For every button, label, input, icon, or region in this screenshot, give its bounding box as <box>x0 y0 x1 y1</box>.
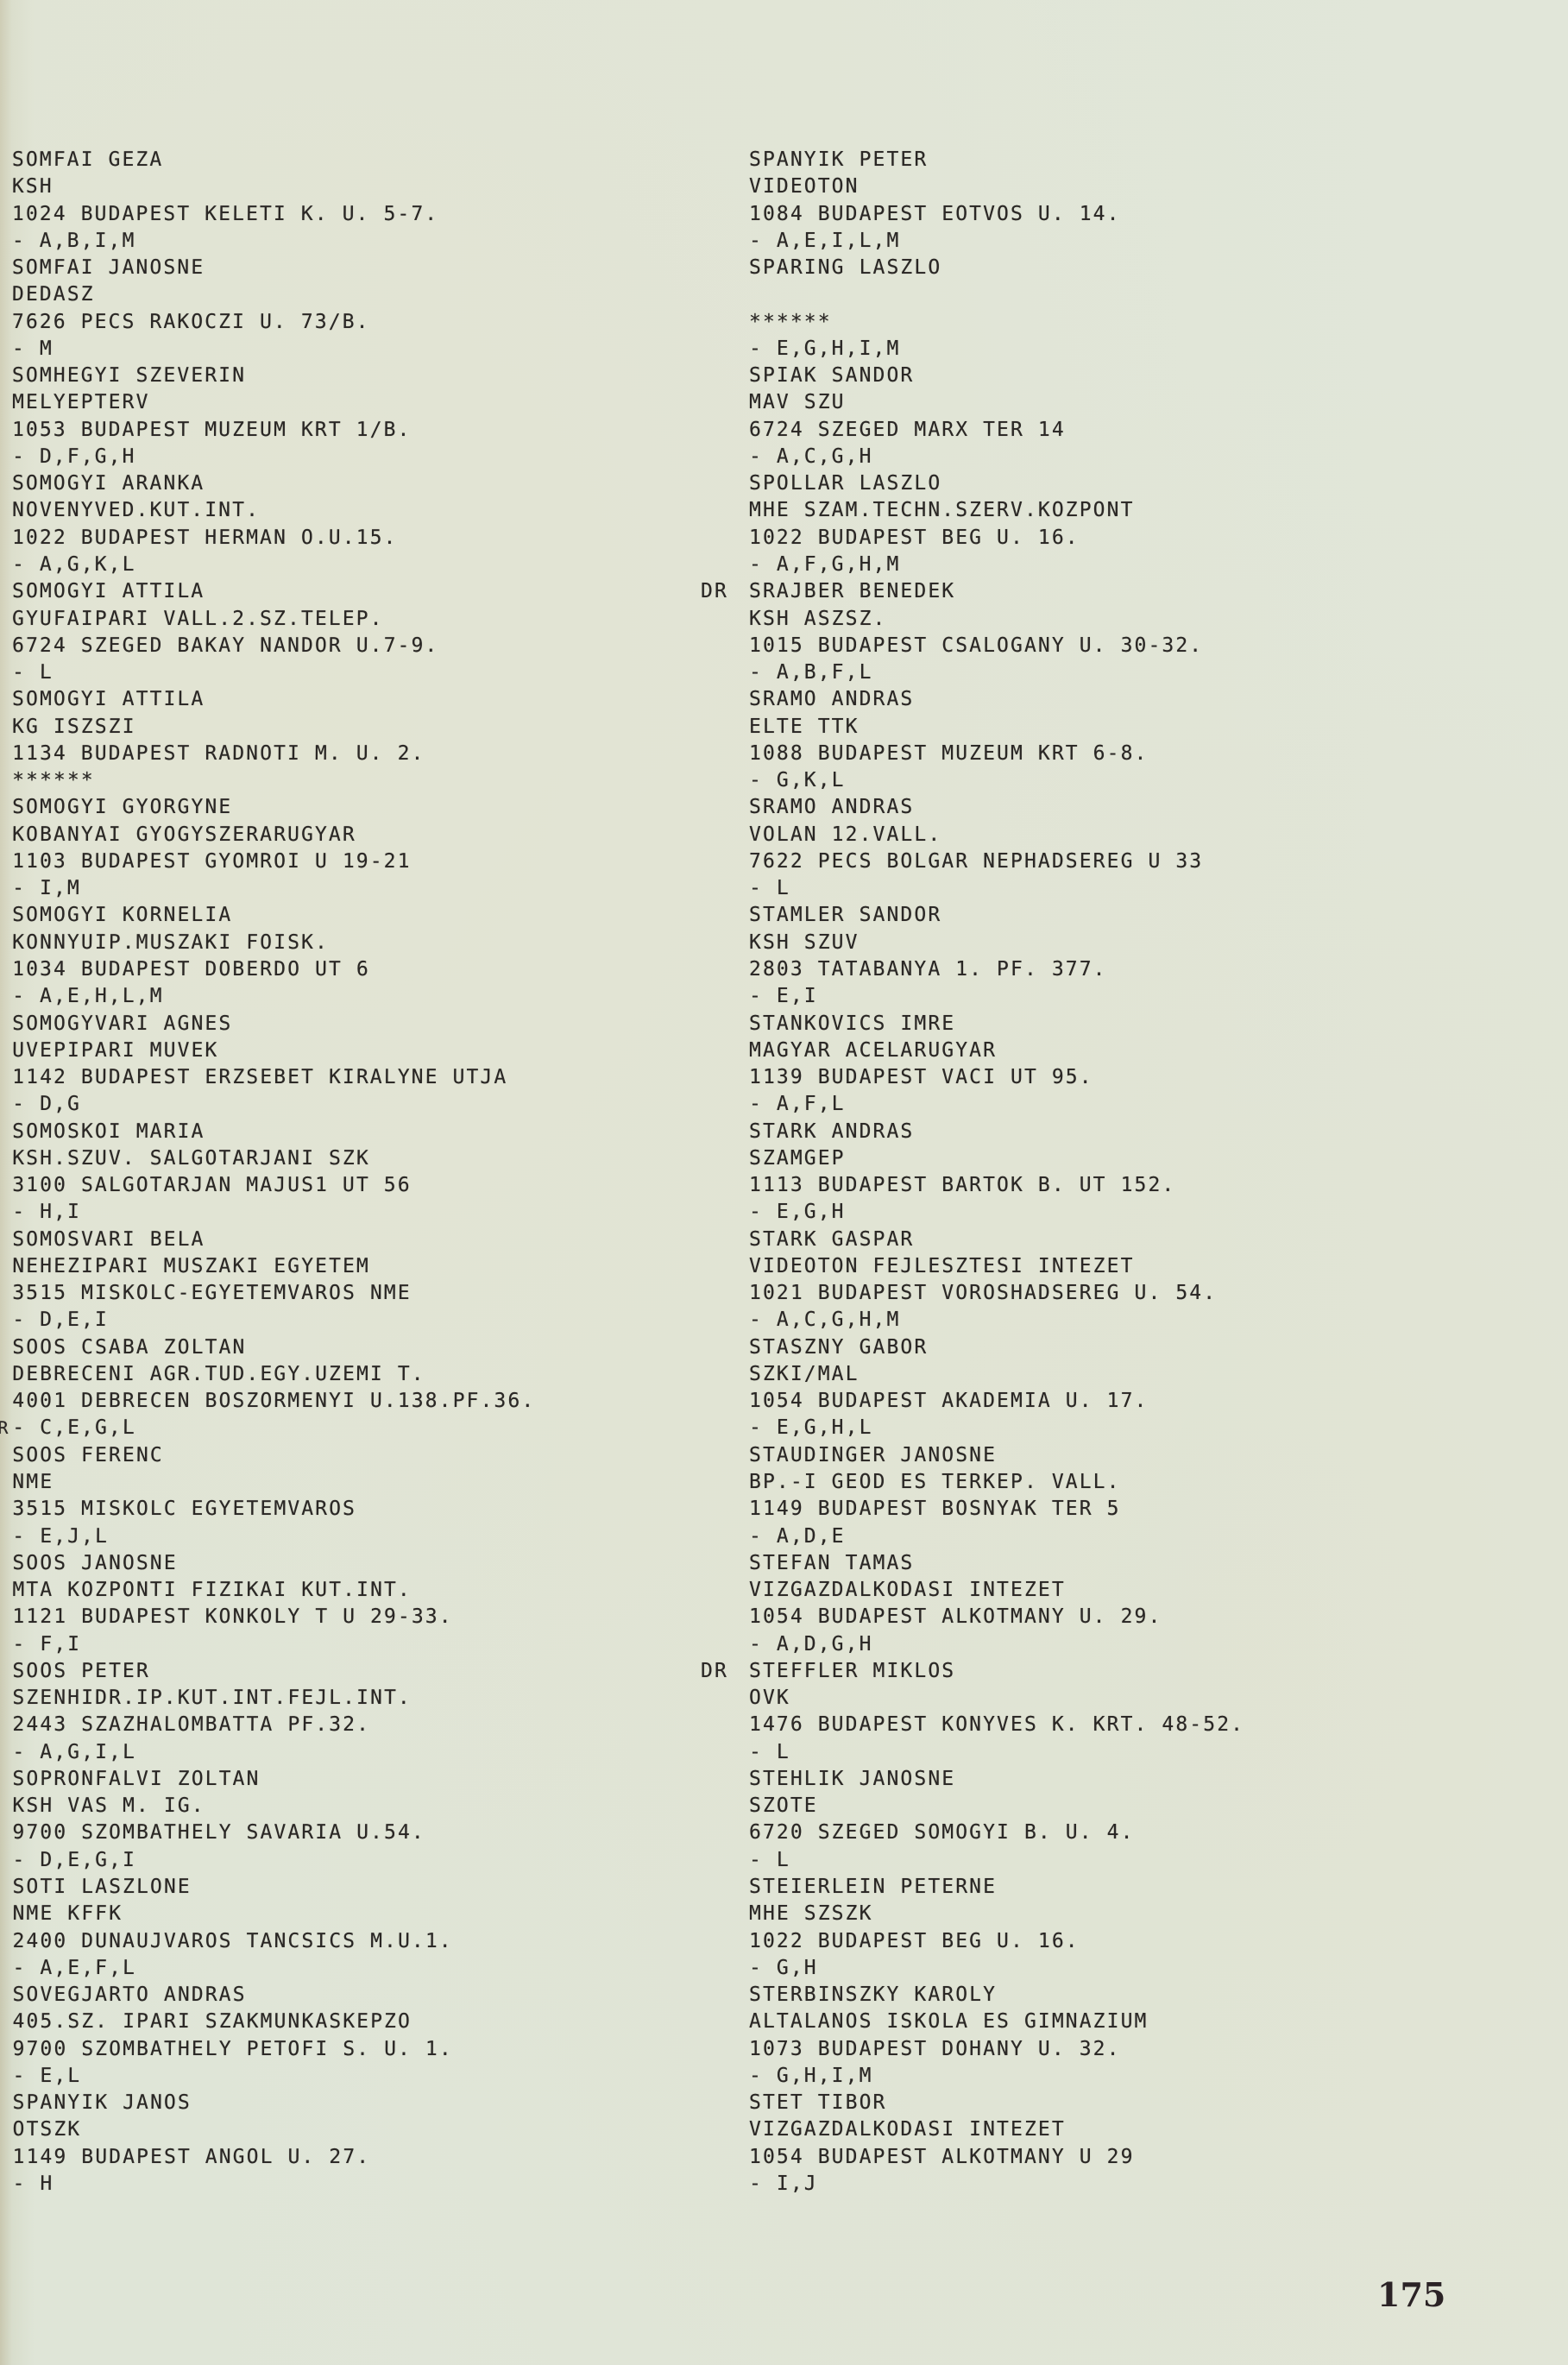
line-text: ****** <box>12 769 95 791</box>
line-text: 1149 BUDAPEST BOSNYAK TER 5 <box>749 1498 1121 1520</box>
line-text: - I,M <box>12 877 81 899</box>
line-text: STET TIBOR <box>749 2091 886 2114</box>
line-text: VIDEOTON <box>749 175 860 198</box>
directory-line: 1476 BUDAPEST KONYVES K. KRT. 48-52. <box>749 1712 1526 1738</box>
directory-line: STANKOVICS IMRE <box>749 1011 1526 1037</box>
directory-line: 1054 BUDAPEST ALKOTMANY U. 29. <box>749 1604 1526 1630</box>
directory-line: - A,G,K,L <box>12 552 685 578</box>
directory-line: SOMOGYI ATTILA <box>12 686 685 713</box>
directory-line: - D,E,I <box>12 1307 685 1334</box>
directory-line: - A,B,I,M <box>12 228 685 255</box>
line-text: 1084 BUDAPEST EOTVOS U. 14. <box>749 203 1121 225</box>
directory-line: MELYEPTERV <box>12 389 685 416</box>
line-text: MHE SZAM.TECHN.SZERV.KOZPONT <box>749 499 1135 521</box>
directory-line: KOBANYAI GYOGYSZERARUGYAR <box>12 822 685 848</box>
line-text: SPOLLAR LASZLO <box>749 472 941 495</box>
directory-line: SZKI/MAL <box>749 1361 1526 1388</box>
line-text: 2443 SZAZHALOMBATTA PF.32. <box>12 1713 370 1736</box>
directory-line: STERBINSZKY KAROLY <box>749 1982 1526 2009</box>
directory-line: 1142 BUDAPEST ERZSEBET KIRALYNE UTJA <box>12 1064 685 1091</box>
line-text: - A,E,I,L,M <box>749 230 900 252</box>
line-text: 1022 BUDAPEST BEG U. 16. <box>749 527 1080 549</box>
directory-line: 1149 BUDAPEST BOSNYAK TER 5 <box>749 1496 1526 1523</box>
line-text: 1015 BUDAPEST CSALOGANY U. 30-32. <box>749 634 1203 657</box>
directory-line: - A,E,I,L,M <box>749 228 1526 255</box>
line-text: - A,C,G,H,M <box>749 1309 900 1331</box>
line-text: UVEPIPARI MUVEK <box>12 1039 218 1062</box>
directory-line: SRAMO ANDRAS <box>749 794 1526 821</box>
line-text: 4001 DEBRECEN BOSZORMENYI U.138.PF.36. <box>12 1390 535 1412</box>
line-text: - H <box>13 2173 54 2195</box>
line-text: STARK ANDRAS <box>749 1120 914 1143</box>
directory-line: DRSTEFFLER MIKLOS <box>749 1658 1526 1685</box>
line-text: SOOS CSABA ZOLTAN <box>12 1336 246 1359</box>
line-text: VIZGAZDALKODASI INTEZET <box>749 1579 1066 1601</box>
line-text: SZKI/MAL <box>749 1363 860 1385</box>
line-text: BP.-I GEOD ES TERKEP. VALL. <box>749 1471 1121 1493</box>
line-text: MAGYAR ACELARUGYAR <box>749 1039 997 1062</box>
directory-line: DEDASZ <box>12 281 685 308</box>
line-text: 6724 SZEGED BAKAY NANDOR U.7-9. <box>12 634 439 657</box>
directory-line: 1139 BUDAPEST VACI UT 95. <box>749 1064 1526 1091</box>
directory-line: - I,M <box>12 875 685 902</box>
line-text: 1024 BUDAPEST KELETI K. U. 5-7. <box>12 203 439 225</box>
directory-line: - A,E,F,L <box>12 1955 685 1982</box>
directory-line: SOOS PETER <box>12 1658 685 1685</box>
line-text: SPANYIK PETER <box>749 148 928 171</box>
line-text: - A,E,H,L,M <box>12 985 164 1007</box>
line-text: KG ISZSZI <box>12 716 136 738</box>
directory-line: MAV SZU <box>749 389 1526 416</box>
directory-line: 1088 BUDAPEST MUZEUM KRT 6-8. <box>749 741 1526 767</box>
line-text: SOMOGYI ATTILA <box>12 688 205 710</box>
line-text: 7622 PECS BOLGAR NEPHADSEREG U 33 <box>749 850 1203 873</box>
line-text: 1022 BUDAPEST BEG U. 16. <box>749 1930 1080 1952</box>
directory-line: 1134 BUDAPEST RADNOTI M. U. 2. <box>12 741 685 767</box>
line-text: - D,F,G,H <box>12 445 136 468</box>
line-text: - A,F,G,H,M <box>749 553 900 576</box>
directory-line: - F,I <box>12 1631 685 1658</box>
line-text: ****** <box>749 311 832 333</box>
line-text: 1149 BUDAPEST ANGOL U. 27. <box>12 2146 370 2168</box>
directory-line: 3515 MISKOLC-EGYETEMVAROS NME <box>12 1280 685 1307</box>
line-text: - D,E,I <box>12 1309 109 1331</box>
line-text: 1134 BUDAPEST RADNOTI M. U. 2. <box>12 742 425 765</box>
title-prefix: DR <box>701 578 728 605</box>
directory-line: SOMOSKOI MARIA <box>12 1119 685 1145</box>
line-text: - E,G,H,I,M <box>749 337 900 360</box>
line-text: KSH.SZUV. SALGOTARJANI SZK <box>12 1147 370 1170</box>
directory-line: STARK ANDRAS <box>749 1119 1526 1145</box>
directory-line: SPANYIK PETER <box>749 147 1526 173</box>
line-text: STAUDINGER JANOSNE <box>749 1444 997 1466</box>
directory-line: BP.-I GEOD ES TERKEP. VALL. <box>749 1469 1526 1496</box>
directory-line: - I,J <box>749 2171 1526 2198</box>
line-text: KOBANYAI GYOGYSZERARUGYAR <box>12 823 356 846</box>
directory-line: - D,F,G,H <box>12 444 685 470</box>
line-text: - I,J <box>749 2173 818 2195</box>
directory-line: SOTI LASZLONE <box>12 1874 685 1901</box>
line-text: 7626 PECS RAKOCZI U. 73/B. <box>12 311 370 333</box>
directory-line: NOVENYVED.KUT.INT. <box>12 497 685 524</box>
directory-line: MHE SZSZK <box>749 1901 1526 1927</box>
line-text: - D,E,G,I <box>12 1849 136 1871</box>
line-text: 1054 BUDAPEST ALKOTMANY U 29 <box>749 2146 1135 2168</box>
line-text: MHE SZSZK <box>749 1902 873 1925</box>
line-text: STERBINSZKY KAROLY <box>749 1983 997 2006</box>
line-text: SOMOGYI ARANKA <box>12 472 205 495</box>
directory-line: 1113 BUDAPEST BARTOK B. UT 152. <box>749 1172 1526 1199</box>
directory-line: SOMFAI JANOSNE <box>12 255 685 281</box>
line-text: - L <box>749 1849 790 1871</box>
directory-line: - E,G,H <box>749 1199 1526 1226</box>
directory-line: SOOS JANOSNE <box>12 1550 685 1577</box>
directory-line: 1121 BUDAPEST KONKOLY T U 29-33. <box>12 1604 685 1630</box>
line-text: 6720 SZEGED SOMOGYI B. U. 4. <box>749 1821 1135 1844</box>
line-text: SOMHEGYI SZEVERIN <box>12 364 246 387</box>
directory-line: 3515 MISKOLC EGYETEMVAROS <box>12 1496 685 1523</box>
line-text: - C,E,G,L <box>12 1416 136 1439</box>
directory-line: SOMOGYI ARANKA <box>12 470 685 497</box>
line-text: OTSZK <box>12 2118 81 2141</box>
line-text: SOMOGYI KORNELIA <box>12 904 232 926</box>
directory-line: - H <box>12 2171 685 2198</box>
directory-line: SZAMGEP <box>749 1145 1526 1172</box>
line-text: - A,B,I,M <box>12 230 136 252</box>
line-text: - G,K,L <box>749 769 846 791</box>
line-text: DEDASZ <box>12 283 95 306</box>
line-text: VIDEOTON FEJLESZTESI INTEZET <box>749 1255 1135 1277</box>
directory-line: SOMOGYI ATTILA <box>12 578 685 605</box>
directory-line: ELTE TTK <box>749 714 1526 741</box>
page-number: 175 <box>1377 2275 1445 2314</box>
line-text: - M <box>12 337 54 360</box>
line-text: - D,G <box>12 1093 81 1115</box>
line-text: STEHLIK JANOSNE <box>749 1768 955 1790</box>
line-text: 9700 SZOMBATHELY PETOFI S. U. 1. <box>12 2038 452 2060</box>
line-text: - A,G,I,L <box>12 1741 136 1763</box>
directory-line: MTA KOZPONTI FIZIKAI KUT.INT. <box>12 1577 685 1604</box>
directory-line: 6724 SZEGED BAKAY NANDOR U.7-9. <box>12 633 685 659</box>
directory-line: SPARING LASZLO <box>749 255 1526 281</box>
directory-line: 7622 PECS BOLGAR NEPHADSEREG U 33 <box>749 848 1526 875</box>
line-text: 3515 MISKOLC EGYETEMVAROS <box>12 1498 356 1520</box>
directory-line: OVK <box>749 1685 1526 1712</box>
directory-line: - A,C,G,H <box>749 444 1526 470</box>
directory-line: - L <box>749 1847 1526 1874</box>
directory-line: SPIAK SANDOR <box>749 363 1526 389</box>
directory-line: - E,G,H,L <box>749 1415 1526 1441</box>
line-text: 2400 DUNAUJVAROS TANCSICS M.U.1. <box>12 1930 452 1952</box>
line-text: SOOS JANOSNE <box>12 1552 178 1574</box>
line-text: SPIAK SANDOR <box>749 364 914 387</box>
line-text: 3100 SALGOTARJAN MAJUS1 UT 56 <box>12 1174 412 1196</box>
line-text: SOMOGYI ATTILA <box>12 580 205 602</box>
line-text: - G,H,I,M <box>749 2065 873 2087</box>
directory-line: - G,K,L <box>749 767 1526 794</box>
line-text: NME <box>12 1471 54 1493</box>
directory-line: - A,F,G,H,M <box>749 552 1526 578</box>
line-text: 1073 BUDAPEST DOHANY U. 32. <box>749 2038 1121 2060</box>
line-text: SRAMO ANDRAS <box>749 796 914 818</box>
directory-line: NEHEZIPARI MUSZAKI EGYETEM <box>12 1253 685 1280</box>
directory-line: STASZNY GABOR <box>749 1334 1526 1361</box>
directory-line: 1073 BUDAPEST DOHANY U. 32. <box>749 2036 1526 2063</box>
line-text: - E,I <box>749 985 818 1007</box>
directory-line: STEIERLEIN PETERNE <box>749 1874 1526 1901</box>
line-text: - L <box>12 661 54 684</box>
line-text: - A,D,E <box>749 1525 846 1548</box>
directory-line: - L <box>749 875 1526 902</box>
directory-line: UVEPIPARI MUVEK <box>12 1037 685 1064</box>
line-text: NME KFFK <box>12 1902 123 1925</box>
line-text: 1113 BUDAPEST BARTOK B. UT 152. <box>749 1174 1175 1196</box>
line-text: 1054 BUDAPEST AKADEMIA U. 17. <box>749 1390 1148 1412</box>
directory-line: DRSRAJBER BENEDEK <box>749 578 1526 605</box>
line-text: KSH ASZSZ. <box>749 608 886 630</box>
directory-line: NME KFFK <box>12 1901 685 1927</box>
line-text: 405.SZ. IPARI SZAKMUNKASKEPZO <box>12 2010 412 2033</box>
line-text: MTA KOZPONTI FIZIKAI KUT.INT. <box>12 1579 412 1601</box>
directory-line: SRAMO ANDRAS <box>749 686 1526 713</box>
directory-line: SOOS CSABA ZOLTAN <box>12 1334 685 1361</box>
line-text: SOMOGYVARI AGNES <box>12 1012 232 1035</box>
directory-line: - E,I <box>749 983 1526 1010</box>
directory-line: - L <box>749 1739 1526 1766</box>
directory-line: SOMOGYVARI AGNES <box>12 1011 685 1037</box>
line-text: - E,G,H,L <box>749 1416 873 1439</box>
line-text: - G,H <box>749 1957 818 1979</box>
directory-line: - E,J,L <box>12 1523 685 1550</box>
directory-line: STARK GASPAR <box>749 1227 1526 1253</box>
line-text: 1022 BUDAPEST HERMAN O.U.15. <box>12 527 398 549</box>
directory-line: SPANYIK JANOS <box>12 2090 685 2116</box>
directory-line: 2443 SZAZHALOMBATTA PF.32. <box>12 1712 685 1738</box>
directory-line: - A,B,F,L <box>749 659 1526 686</box>
directory-line: KONNYUIP.MUSZAKI FOISK. <box>12 930 685 956</box>
line-text: STEFFLER MIKLOS <box>749 1660 955 1682</box>
directory-line: - A,D,E <box>749 1523 1526 1550</box>
directory-line: - A,E,H,L,M <box>12 983 685 1010</box>
line-text: 1103 BUDAPEST GYOMROI U 19-21 <box>12 850 412 873</box>
line-text: VOLAN 12.VALL. <box>749 823 941 846</box>
directory-line: SOMOGYI GYORGYNE <box>12 794 685 821</box>
line-text: SOVEGJARTO ANDRAS <box>12 1983 246 2006</box>
directory-line: - L <box>12 659 685 686</box>
line-text: SOOS PETER <box>12 1660 150 1682</box>
line-text: SPARING LASZLO <box>749 256 941 279</box>
directory-line: KSH <box>12 173 685 200</box>
directory-line: VIDEOTON FEJLESZTESI INTEZET <box>749 1253 1526 1280</box>
directory-line: SOVEGJARTO ANDRAS <box>12 1982 685 2009</box>
line-text: STEIERLEIN PETERNE <box>749 1876 997 1898</box>
directory-line: STAUDINGER JANOSNE <box>749 1442 1526 1469</box>
line-text: SOMFAI JANOSNE <box>12 256 205 279</box>
line-text: 1053 BUDAPEST MUZEUM KRT 1/B. <box>12 419 412 441</box>
line-text: SOOS FERENC <box>12 1444 164 1466</box>
directory-line: VIDEOTON <box>749 173 1526 200</box>
directory-line: SOMOGYI KORNELIA <box>12 902 685 929</box>
directory-line: SOOS FERENC <box>12 1442 685 1469</box>
directory-line: STEFAN TAMAS <box>749 1550 1526 1577</box>
line-text: NOVENYVED.KUT.INT. <box>12 499 260 521</box>
line-text: SOMOSVARI BELA <box>12 1228 205 1251</box>
directory-line: NME <box>12 1469 685 1496</box>
line-text: SOMFAI GEZA <box>12 148 164 171</box>
directory-line: SPOLLAR LASZLO <box>749 470 1526 497</box>
line-text: SZENHIDR.IP.KUT.INT.FEJL.INT. <box>12 1687 412 1709</box>
line-text: NEHEZIPARI MUSZAKI EGYETEM <box>12 1255 370 1277</box>
line-text: - A,F,L <box>749 1093 846 1115</box>
directory-line: - D,E,G,I <box>12 1847 685 1874</box>
title-prefix: DR <box>701 1658 728 1685</box>
line-text: - H,I <box>12 1201 81 1223</box>
directory-line: GYUFAIPARI VALL.2.SZ.TELEP. <box>12 606 685 633</box>
line-text: SRAJBER BENEDEK <box>749 580 955 602</box>
directory-line: 4001 DEBRECEN BOSZORMENYI U.138.PF.36. <box>12 1388 685 1415</box>
line-text: KSH <box>12 175 54 198</box>
directory-line: - A,C,G,H,M <box>749 1307 1526 1334</box>
directory-line: KSH.SZUV. SALGOTARJANI SZK <box>12 1145 685 1172</box>
directory-line: 2803 TATABANYA 1. PF. 377. <box>749 956 1526 983</box>
line-text: 1476 BUDAPEST KONYVES K. KRT. 48-52. <box>749 1713 1244 1736</box>
directory-line: - G,H,I,M <box>749 2063 1526 2090</box>
line-text: 9700 SZOMBATHELY SAVARIA U.54. <box>12 1821 425 1844</box>
directory-line: KSH VAS M. IG. <box>12 1793 685 1819</box>
line-text: 1034 BUDAPEST DOBERDO UT 6 <box>12 958 370 981</box>
line-text: 3515 MISKOLC-EGYETEMVAROS NME <box>12 1282 412 1304</box>
directory-line: VIZGAZDALKODASI INTEZET <box>749 2116 1526 2143</box>
line-text: - A,G,K,L <box>12 553 136 576</box>
line-text: - A,C,G,H <box>749 445 873 468</box>
directory-line: 9700 SZOMBATHELY SAVARIA U.54. <box>12 1819 685 1846</box>
directory-line: STET TIBOR <box>749 2090 1526 2116</box>
line-text: GYUFAIPARI VALL.2.SZ.TELEP. <box>12 608 384 630</box>
line-text: 6724 SZEGED MARX TER 14 <box>749 419 1066 441</box>
line-text: SPANYIK JANOS <box>12 2091 191 2114</box>
line-text: 1088 BUDAPEST MUZEUM KRT 6-8. <box>749 742 1148 765</box>
directory-line: SOMHEGYI SZEVERIN <box>12 363 685 389</box>
directory-line: 6720 SZEGED SOMOGYI B. U. 4. <box>749 1819 1526 1846</box>
directory-line: 405.SZ. IPARI SZAKMUNKASKEPZO <box>12 2009 685 2035</box>
line-text: KSH SZUV <box>749 931 860 954</box>
line-text: - E,G,H <box>749 1201 846 1223</box>
line-text: KSH VAS M. IG. <box>12 1794 205 1817</box>
directory-line: STAMLER SANDOR <box>749 902 1526 929</box>
line-text: 1142 BUDAPEST ERZSEBET KIRALYNE UTJA <box>12 1066 507 1088</box>
line-text: SZOTE <box>749 1794 818 1817</box>
line-text: SOMOSKOI MARIA <box>12 1120 205 1143</box>
directory-line: 1054 BUDAPEST ALKOTMANY U 29 <box>749 2144 1526 2171</box>
line-text: 1054 BUDAPEST ALKOTMANY U. 29. <box>749 1605 1162 1628</box>
line-text: - E,J,L <box>12 1525 109 1548</box>
directory-line: - E,L <box>12 2063 685 2090</box>
directory-line: 2400 DUNAUJVAROS TANCSICS M.U.1. <box>12 1928 685 1955</box>
line-text: SOMOGYI GYORGYNE <box>12 796 232 818</box>
directory-line: 1149 BUDAPEST ANGOL U. 27. <box>12 2144 685 2171</box>
line-text: MAV SZU <box>749 391 846 413</box>
directory-line: SZENHIDR.IP.KUT.INT.FEJL.INT. <box>12 1685 685 1712</box>
line-text: SRAMO ANDRAS <box>749 688 914 710</box>
line-text: OVK <box>749 1687 790 1709</box>
line-text: STARK GASPAR <box>749 1228 914 1251</box>
directory-line: 1022 BUDAPEST BEG U. 16. <box>749 525 1526 552</box>
directory-line: - A,D,G,H <box>749 1631 1526 1658</box>
line-text: - E,L <box>12 2065 81 2087</box>
line-text: 1139 BUDAPEST VACI UT 95. <box>749 1066 1093 1088</box>
directory-line: STEHLIK JANOSNE <box>749 1766 1526 1793</box>
directory-line: - H,I <box>12 1199 685 1226</box>
line-text: 1021 BUDAPEST VOROSHADSEREG U. 54. <box>749 1282 1217 1304</box>
directory-line: 6724 SZEGED MARX TER 14 <box>749 417 1526 444</box>
line-text: - L <box>749 877 790 899</box>
line-text: - A,D,G,H <box>749 1633 873 1655</box>
directory-line: 1022 BUDAPEST BEG U. 16. <box>749 1928 1526 1955</box>
directory-line: ALTALANOS ISKOLA ES GIMNAZIUM <box>749 2009 1526 2035</box>
line-text: MELYEPTERV <box>12 391 150 413</box>
directory-line: 1021 BUDAPEST VOROSHADSEREG U. 54. <box>749 1280 1526 1307</box>
line-text: STEFAN TAMAS <box>749 1552 914 1574</box>
directory-line: 1024 BUDAPEST KELETI K. U. 5-7. <box>12 201 685 228</box>
directory-line: 1103 BUDAPEST GYOMROI U 19-21 <box>12 848 685 875</box>
directory-line: 7626 PECS RAKOCZI U. 73/B. <box>12 309 685 336</box>
directory-line: 9700 SZOMBATHELY PETOFI S. U. 1. <box>12 2036 685 2063</box>
line-text: DEBRECENI AGR.TUD.EGY.UZEMI T. <box>12 1363 425 1385</box>
directory-line: SOMOSVARI BELA <box>12 1227 685 1253</box>
title-prefix: DR <box>0 1415 9 1441</box>
directory-line: VIZGAZDALKODASI INTEZET <box>749 1577 1526 1604</box>
directory-line: ****** <box>749 309 1526 336</box>
directory-line: SZOTE <box>749 1793 1526 1819</box>
directory-line: OTSZK <box>12 2116 685 2143</box>
line-text: VIZGAZDALKODASI INTEZET <box>749 2118 1066 2141</box>
directory-line: 3100 SALGOTARJAN MAJUS1 UT 56 <box>12 1172 685 1199</box>
directory-line <box>749 281 1526 308</box>
line-text: - L <box>749 1741 790 1763</box>
directory-line: - M <box>12 336 685 363</box>
line-text: SZAMGEP <box>749 1147 846 1170</box>
line-text: SOTI LASZLONE <box>12 1876 191 1898</box>
line-text: KONNYUIP.MUSZAKI FOISK. <box>12 931 329 954</box>
directory-line: KSH SZUV <box>749 930 1526 956</box>
directory-line: MAGYAR ACELARUGYAR <box>749 1037 1526 1064</box>
directory-line: 1084 BUDAPEST EOTVOS U. 14. <box>749 201 1526 228</box>
directory-line: MHE SZAM.TECHN.SZERV.KOZPONT <box>749 497 1526 524</box>
directory-line: 1053 BUDAPEST MUZEUM KRT 1/B. <box>12 417 685 444</box>
directory-line: 1054 BUDAPEST AKADEMIA U. 17. <box>749 1388 1526 1415</box>
directory-line: KSH ASZSZ. <box>749 606 1526 633</box>
line-text: - A,E,F,L <box>12 1957 136 1979</box>
directory-line: VOLAN 12.VALL. <box>749 822 1526 848</box>
line-text: STANKOVICS IMRE <box>749 1012 955 1035</box>
line-text: - A,B,F,L <box>749 661 873 684</box>
line-text: - F,I <box>12 1633 81 1655</box>
line-text: SOPRONFALVI ZOLTAN <box>12 1768 260 1790</box>
directory-line: - G,H <box>749 1955 1526 1982</box>
left-column: SOMFAI GEZAKSH1024 BUDAPEST KELETI K. U.… <box>0 147 685 2198</box>
line-text: ELTE TTK <box>749 716 860 738</box>
directory-line: 1034 BUDAPEST DOBERDO UT 6 <box>12 956 685 983</box>
directory-line: ****** <box>12 767 685 794</box>
directory-line: KG ISZSZI <box>12 714 685 741</box>
line-text: STAMLER SANDOR <box>749 904 941 926</box>
directory-line: 1022 BUDAPEST HERMAN O.U.15. <box>12 525 685 552</box>
directory-line: DEBRECENI AGR.TUD.EGY.UZEMI T. <box>12 1361 685 1388</box>
line-text: STASZNY GABOR <box>749 1336 928 1359</box>
line-text: ALTALANOS ISKOLA ES GIMNAZIUM <box>749 2010 1148 2033</box>
directory-line: DR- C,E,G,L <box>12 1415 685 1441</box>
line-text: 1121 BUDAPEST KONKOLY T U 29-33. <box>12 1605 452 1628</box>
